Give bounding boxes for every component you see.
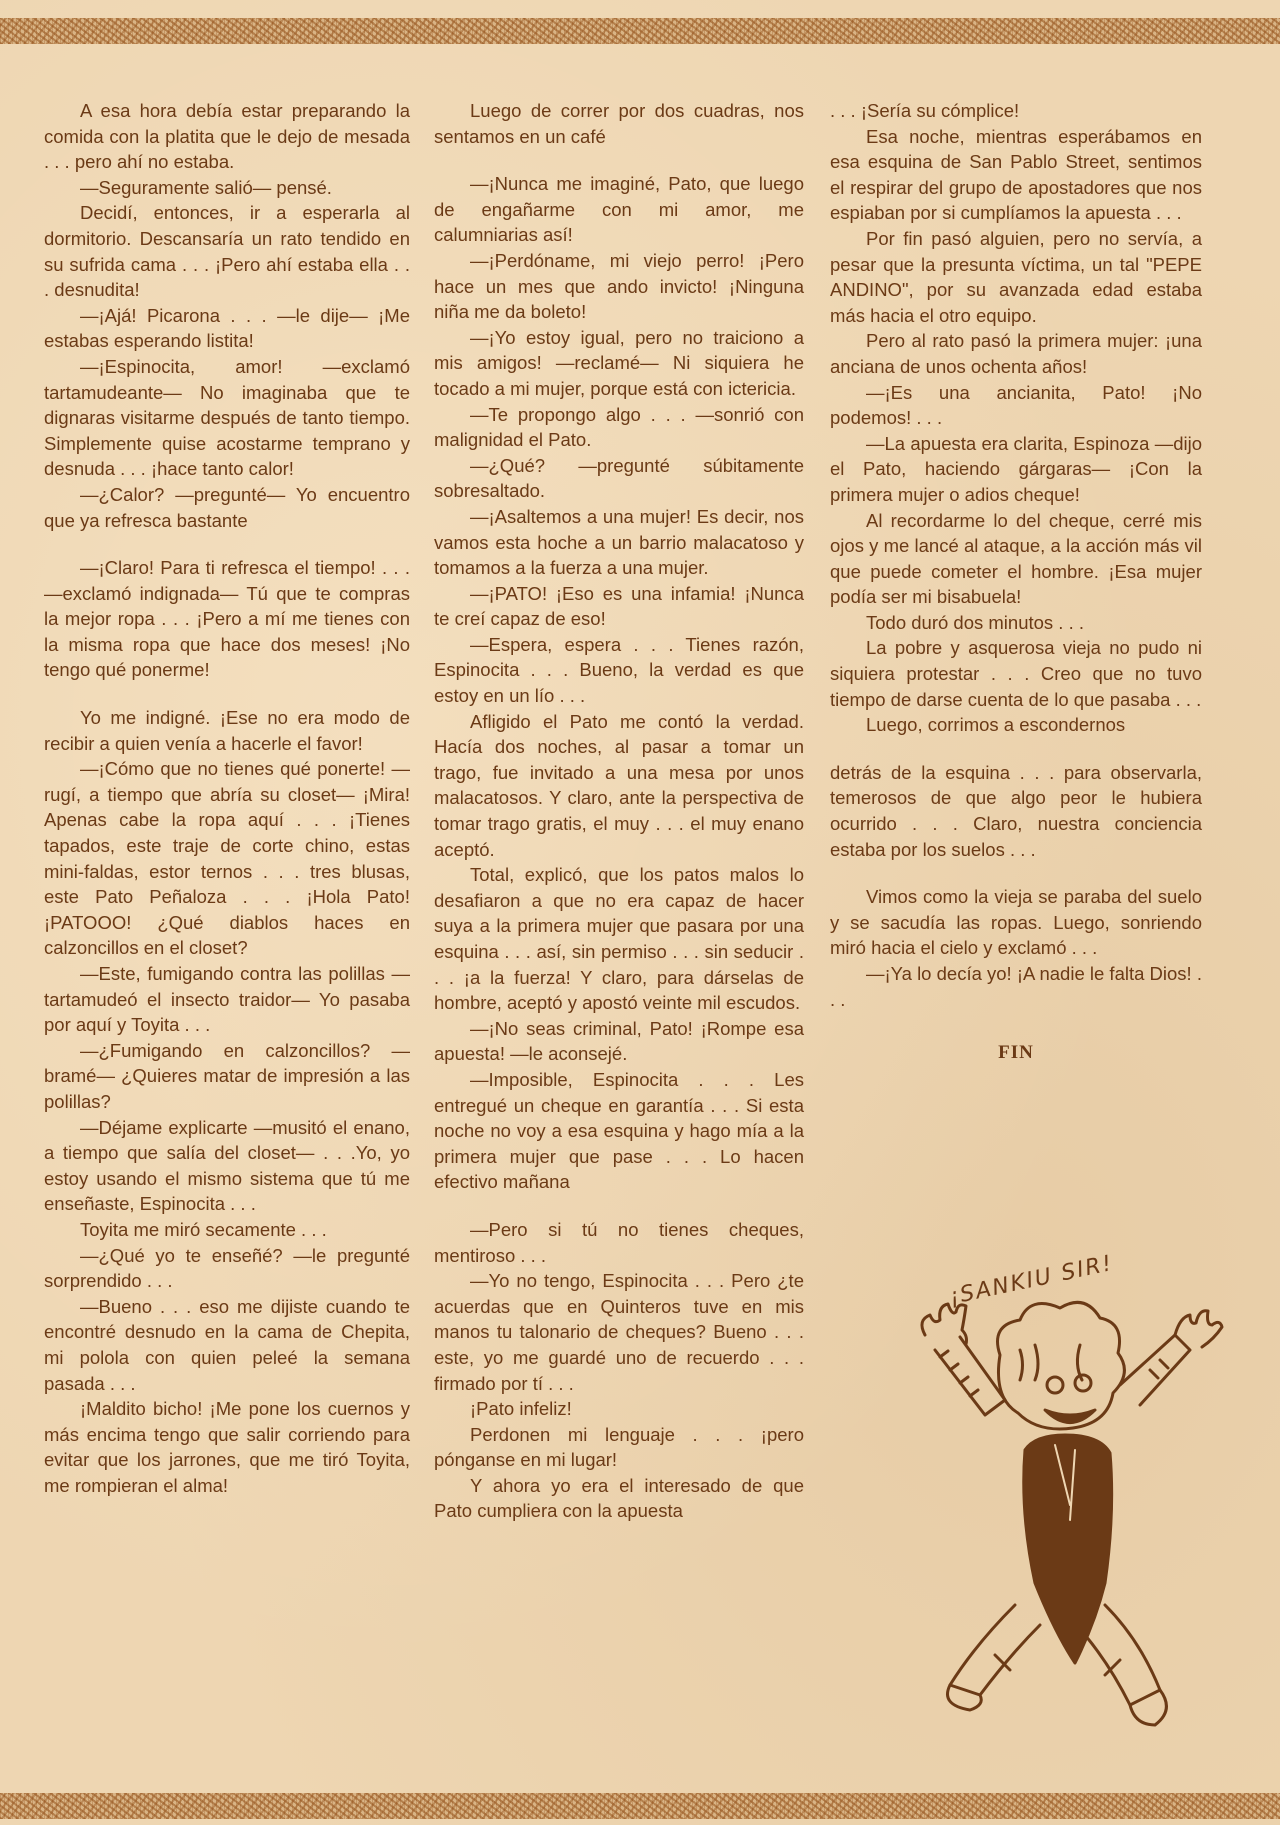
magazine-page: A esa hora debía estar preparando la com… — [0, 0, 1280, 1825]
paragraph-gap — [44, 533, 410, 555]
paragraph: Luego de correr por dos cuadras, nos sen… — [434, 98, 804, 149]
paragraph: —Bueno . . . eso me dijiste cuando te en… — [44, 1294, 410, 1396]
paragraph: —¡No seas criminal, Pato! ¡Rompe esa apu… — [434, 1016, 804, 1067]
paragraph: Y ahora yo era el interesado de que Pato… — [434, 1473, 804, 1524]
paragraph: Afligido el Pato me contó la verdad. Hac… — [434, 709, 804, 863]
paragraph-gap — [44, 683, 410, 705]
text-column-2: Luego de correr por dos cuadras, nos sen… — [434, 98, 804, 1524]
paragraph: —Pero si tú no tienes cheques, mentiroso… — [434, 1217, 804, 1268]
paragraph: —Te propongo algo . . . —sonrió con mali… — [434, 402, 804, 453]
paragraph: Esa noche, mientras esperábamos en esa e… — [830, 124, 1202, 226]
paragraph: detrás de la esquina . . . para observar… — [830, 760, 1202, 862]
paragraph-gap — [830, 738, 1202, 760]
decorative-border-top — [0, 18, 1280, 44]
paragraph: Todo duró dos minutos . . . — [830, 610, 1202, 636]
paragraph: —La apuesta era clarita, Espinoza —dijo … — [830, 431, 1202, 508]
paragraph: ¡Pato infeliz! — [434, 1396, 804, 1422]
paragraph: —¡Yo estoy igual, pero no traiciono a mi… — [434, 325, 804, 402]
paragraph: —¡PATO! ¡Eso es una infamia! ¡Nunca te c… — [434, 581, 804, 632]
paragraph: —¿Calor? —pregunté— Yo encuentro que ya … — [44, 482, 410, 533]
paragraph: —¡Es una ancianita, Pato! ¡No podemos! .… — [830, 380, 1202, 431]
paragraph: . . . ¡Sería su cómplice! — [830, 98, 1202, 124]
paragraph: Vimos como la vieja se paraba del suelo … — [830, 884, 1202, 961]
paragraph: Total, explicó, que los patos malos lo d… — [434, 862, 804, 1016]
text-column-3: . . . ¡Sería su cómplice!Esa noche, mien… — [830, 98, 1202, 1066]
paragraph: La pobre y asquerosa vieja no pudo ni si… — [830, 635, 1202, 712]
paragraph: ¡Maldito bicho! ¡Me pone los cuernos y m… — [44, 1396, 410, 1498]
cheering-figure-icon — [905, 1275, 1235, 1775]
paragraph: Pero al rato pasó la primera mujer: ¡una… — [830, 328, 1202, 379]
paragraph: —Espera, espera . . . Tienes razón, Espi… — [434, 632, 804, 709]
paragraph: —Seguramente salió— pensé. — [44, 175, 410, 201]
paragraph: —Imposible, Espinocita . . . Les entregu… — [434, 1067, 804, 1195]
paragraph-gap — [434, 1195, 804, 1217]
paragraph: —¿Qué? —pregunté súbitamente sobresaltad… — [434, 453, 804, 504]
paragraph: —¡Claro! Para ti refresca el tiempo! . .… — [44, 555, 410, 683]
paragraph-gap — [434, 149, 804, 171]
paragraph: —Déjame explicarte —musitó el enano, a t… — [44, 1115, 410, 1217]
paragraph: —¡Cómo que no tienes qué ponerte! —rugí,… — [44, 756, 410, 961]
paragraph: —¡Espinocita, amor! —exclamó tartamudean… — [44, 354, 410, 482]
paragraph: Al recordarme lo del cheque, cerré mis o… — [830, 508, 1202, 610]
decorative-border-bottom — [0, 1793, 1280, 1819]
paragraph: Por fin pasó alguien, pero no servía, a … — [830, 226, 1202, 328]
paragraph-gap — [830, 862, 1202, 884]
paragraph: Luego, corrimos a escondernos — [830, 712, 1202, 738]
paragraph: Toyita me miró secamente . . . — [44, 1217, 410, 1243]
paragraph: A esa hora debía estar preparando la com… — [44, 98, 410, 175]
paragraph: —Este, fumigando contra las polillas —ta… — [44, 961, 410, 1038]
paragraph: —Yo no tengo, Espinocita . . . Pero ¿te … — [434, 1268, 804, 1396]
paragraph: —¿Fumigando en calzoncillos? —bramé— ¿Qu… — [44, 1038, 410, 1115]
story-end-label: FIN — [830, 1040, 1202, 1066]
paragraph: —¡Ya lo decía yo! ¡A nadie le falta Dios… — [830, 961, 1202, 1012]
paragraph: —¡Nunca me imaginé, Pato, que luego de e… — [434, 171, 804, 248]
paragraph: Decidí, entonces, ir a esperarla al dorm… — [44, 200, 410, 302]
paragraph: Perdonen mi lenguaje . . . ¡pero póngans… — [434, 1422, 804, 1473]
paragraph: —¿Qué yo te enseñé? —le pregunté sorpren… — [44, 1243, 410, 1294]
paragraph: Yo me indigné. ¡Ese no era modo de recib… — [44, 705, 410, 756]
paragraph: —¡Perdóname, mi viejo perro! ¡Pero hace … — [434, 248, 804, 325]
paragraph: —¡Ajá! Picarona . . . —le dije— ¡Me esta… — [44, 303, 410, 354]
text-column-1: A esa hora debía estar preparando la com… — [44, 98, 410, 1498]
paragraph: —¡Asaltemos a una mujer! Es decir, nos v… — [434, 504, 804, 581]
